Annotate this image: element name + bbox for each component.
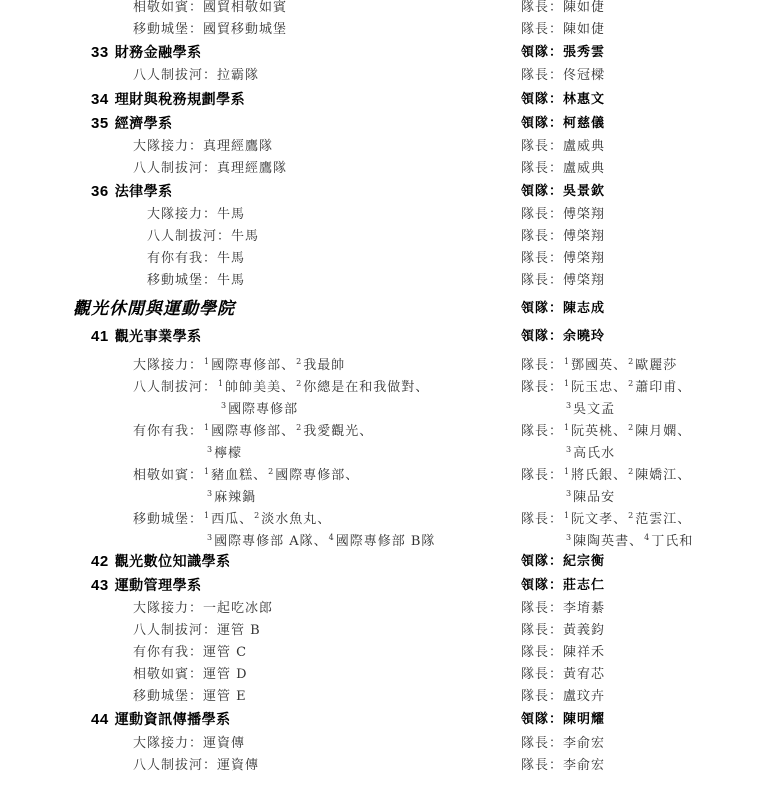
department-number: 34 — [91, 91, 109, 108]
department-row: 34理財與稅務規劃學系領隊：林惠文 — [0, 89, 771, 111]
event-entry: 有你有我：運管 C — [133, 642, 247, 664]
department-title: 觀光事業學系 — [115, 329, 202, 345]
department-number: 43 — [91, 577, 109, 594]
department-number: 41 — [91, 328, 109, 345]
continuation-row: 3檸檬3高氏水 — [0, 439, 771, 461]
event-row: 相敬如賓：運管 D隊長：黃宥芯 — [0, 664, 771, 686]
footnote-index: 1 — [564, 423, 570, 432]
event-row: 大隊接力：一起吃冰郎隊長：李堉綦 — [0, 598, 771, 620]
department-row: 44運動資訊傳播學系領隊：陳明耀 — [0, 709, 771, 731]
event-row: 大隊接力：1國際專修部、2我最帥隊長：1鄧國英、2歐麗莎 — [0, 351, 771, 373]
event-row: 移動城堡：運管 E隊長：盧玟卉 — [0, 686, 771, 708]
footnote-index: 1 — [564, 511, 570, 520]
footnote-index: 3 — [207, 445, 213, 454]
event-entry: 八人制拔河：真理經鷹隊 — [133, 158, 287, 180]
department-title: 財務金融學系 — [115, 45, 202, 61]
event-row: 相敬如賓：國貿相敬如賓隊長：陳如倢 — [0, 0, 771, 19]
event-row: 八人制拔河：拉霸隊隊長：佟冠樑 — [0, 65, 771, 87]
team-captain: 隊長：盧玟卉 — [521, 686, 605, 708]
footnote-index: 2 — [296, 357, 302, 366]
team-captain: 隊長：黃宥芯 — [521, 664, 605, 686]
event-row: 大隊接力：運資傳隊長：李俞宏 — [0, 733, 771, 755]
event-entry: 移動城堡：國貿移動城堡 — [133, 19, 287, 41]
event-row: 移動城堡：牛馬隊長：傅棨翔 — [0, 270, 771, 292]
footnote-index: 1 — [204, 357, 210, 366]
department-leader: 領隊：林惠文 — [521, 89, 605, 111]
footnote-index: 3 — [566, 489, 572, 498]
department-number: 35 — [91, 115, 109, 132]
footnote-index: 2 — [296, 423, 302, 432]
department-name: 42觀光數位知識學系 — [91, 551, 231, 573]
event-row: 大隊接力：真理經鷹隊隊長：盧威典 — [0, 136, 771, 158]
event-entry: 大隊接力：牛馬 — [147, 204, 245, 226]
footnote-index: 1 — [204, 423, 210, 432]
department-leader: 領隊：陳明耀 — [521, 709, 605, 731]
team-captain: 隊長：盧威典 — [521, 136, 605, 158]
footnote-index: 3 — [566, 533, 572, 542]
event-row: 有你有我：1國際專修部、2我愛觀光、隊長：1阮英桃、2陳月嫻、 — [0, 417, 771, 439]
event-entry: 移動城堡：運管 E — [133, 686, 247, 708]
footnote-index: 3 — [207, 489, 213, 498]
footnote-index: 2 — [628, 379, 634, 388]
event-entry: 相敬如賓：運管 D — [133, 664, 248, 686]
footnote-index: 4 — [644, 533, 650, 542]
department-number: 44 — [91, 711, 109, 728]
team-captain: 隊長：李堉綦 — [521, 598, 605, 620]
event-row: 相敬如賓：1豬血糕、2國際專修部、隊長：1將氏銀、2陳嬌江、 — [0, 461, 771, 483]
department-name: 44運動資訊傳播學系 — [91, 709, 231, 731]
department-leader: 領隊：張秀雲 — [521, 42, 605, 64]
footnote-index: 2 — [254, 511, 260, 520]
footnote-index: 1 — [218, 379, 224, 388]
event-row: 八人制拔河：運管 B隊長：黃義鈞 — [0, 620, 771, 642]
department-row: 43運動管理學系領隊：莊志仁 — [0, 575, 771, 597]
department-name: 33財務金融學系 — [91, 42, 202, 64]
college-row: 觀光休閒與運動學院領隊：陳志成 — [0, 298, 771, 322]
department-title: 法律學系 — [115, 184, 173, 200]
department-row: 33財務金融學系領隊：張秀雲 — [0, 42, 771, 64]
event-entry: 移動城堡：牛馬 — [147, 270, 245, 292]
footnote-index: 1 — [204, 467, 210, 476]
team-captain: 隊長：陳如倢 — [521, 19, 605, 41]
event-row: 移動城堡：1西瓜、2淡水魚丸、隊長：1阮文孝、2范雲江、 — [0, 505, 771, 527]
department-name: 43運動管理學系 — [91, 575, 202, 597]
footnote-index: 3 — [566, 445, 572, 454]
team-captain: 隊長：佟冠樑 — [521, 65, 605, 87]
event-row: 八人制拔河：牛馬隊長：傅棨翔 — [0, 226, 771, 248]
continuation-row: 3麻辣鍋3陳品安 — [0, 483, 771, 505]
department-name: 36法律學系 — [91, 181, 173, 203]
footnote-index: 1 — [204, 511, 210, 520]
footnote-index: 2 — [268, 467, 274, 476]
continuation-row: 3國際專修部3吳文孟 — [0, 395, 771, 417]
team-captain-continued: 3陳陶英書、4丁氏和 — [565, 527, 693, 553]
event-entry: 八人制拔河：運管 B — [133, 620, 261, 642]
team-captain: 隊長：盧威典 — [521, 158, 605, 180]
department-number: 42 — [91, 553, 109, 570]
footnote-index: 4 — [329, 533, 335, 542]
team-captain: 隊長：傅棨翔 — [521, 248, 605, 270]
department-row: 35經濟學系領隊：柯慈儀 — [0, 113, 771, 135]
footnote-index: 2 — [296, 379, 302, 388]
footnote-index: 2 — [628, 467, 634, 476]
department-title: 觀光數位知識學系 — [115, 554, 231, 570]
event-entry: 大隊接力：一起吃冰郎 — [133, 598, 273, 620]
team-captain: 隊長：傅棨翔 — [521, 204, 605, 226]
department-row: 42觀光數位知識學系領隊：紀宗衡 — [0, 551, 771, 573]
department-number: 36 — [91, 183, 109, 200]
event-entry: 相敬如賓：國貿相敬如賓 — [133, 0, 287, 19]
footnote-index: 3 — [221, 401, 227, 410]
department-leader: 領隊：柯慈儀 — [521, 113, 605, 135]
team-captain: 隊長：李俞宏 — [521, 733, 605, 755]
event-entry-continued: 3國際專修部 A隊、4國際專修部 B隊 — [206, 527, 435, 553]
department-title: 經濟學系 — [115, 116, 173, 132]
event-row: 八人制拔河：1帥帥美美、2你總是在和我做對、隊長：1阮玉忠、2蕭印甫、 — [0, 373, 771, 395]
footnote-index: 1 — [564, 379, 570, 388]
event-row: 有你有我：運管 C隊長：陳祥禾 — [0, 642, 771, 664]
team-captain: 隊長：陳祥禾 — [521, 642, 605, 664]
event-row: 八人制拔河：運資傳隊長：李俞宏 — [0, 755, 771, 777]
department-leader: 領隊：紀宗衡 — [521, 551, 605, 573]
department-name: 41觀光事業學系 — [91, 326, 202, 348]
team-captain: 隊長：傅棨翔 — [521, 270, 605, 292]
department-title: 理財與稅務規劃學系 — [115, 92, 246, 108]
event-entry: 八人制拔河：運資傳 — [133, 755, 259, 777]
event-row: 大隊接力：牛馬隊長：傅棨翔 — [0, 204, 771, 226]
footnote-index: 2 — [628, 423, 634, 432]
footnote-index: 2 — [628, 357, 634, 366]
event-entry: 大隊接力：真理經鷹隊 — [133, 136, 273, 158]
footnote-index: 2 — [628, 511, 634, 520]
team-captain: 隊長：陳如倢 — [521, 0, 605, 19]
department-row: 41觀光事業學系領隊：余曉玲 — [0, 326, 771, 348]
event-entry: 有你有我：牛馬 — [147, 248, 245, 270]
event-row: 移動城堡：國貿移動城堡隊長：陳如倢 — [0, 19, 771, 41]
department-name: 35經濟學系 — [91, 113, 173, 135]
department-title: 運動管理學系 — [115, 578, 202, 594]
footnote-index: 1 — [564, 467, 570, 476]
event-entry: 八人制拔河：拉霸隊 — [133, 65, 259, 87]
department-leader: 領隊：吳景欽 — [521, 181, 605, 203]
footnote-index: 1 — [564, 357, 570, 366]
team-captain: 隊長：傅棨翔 — [521, 226, 605, 248]
department-number: 33 — [91, 44, 109, 61]
footnote-index: 3 — [207, 533, 213, 542]
college-leader: 領隊：陳志成 — [521, 298, 605, 320]
department-title: 運動資訊傳播學系 — [115, 712, 231, 728]
event-row: 八人制拔河：真理經鷹隊隊長：盧威典 — [0, 158, 771, 180]
college-name: 觀光休閒與運動學院 — [73, 298, 235, 320]
team-captain: 隊長：李俞宏 — [521, 755, 605, 777]
department-leader: 領隊：余曉玲 — [521, 326, 605, 348]
footnote-index: 3 — [566, 401, 572, 410]
department-name: 34理財與稅務規劃學系 — [91, 89, 245, 111]
continuation-row: 3國際專修部 A隊、4國際專修部 B隊3陳陶英書、4丁氏和 — [0, 527, 771, 549]
department-row: 36法律學系領隊：吳景欽 — [0, 181, 771, 203]
event-row: 有你有我：牛馬隊長：傅棨翔 — [0, 248, 771, 270]
team-captain: 隊長：黃義鈞 — [521, 620, 605, 642]
event-entry: 八人制拔河：牛馬 — [147, 226, 259, 248]
event-entry: 大隊接力：運資傳 — [133, 733, 245, 755]
department-leader: 領隊：莊志仁 — [521, 575, 605, 597]
